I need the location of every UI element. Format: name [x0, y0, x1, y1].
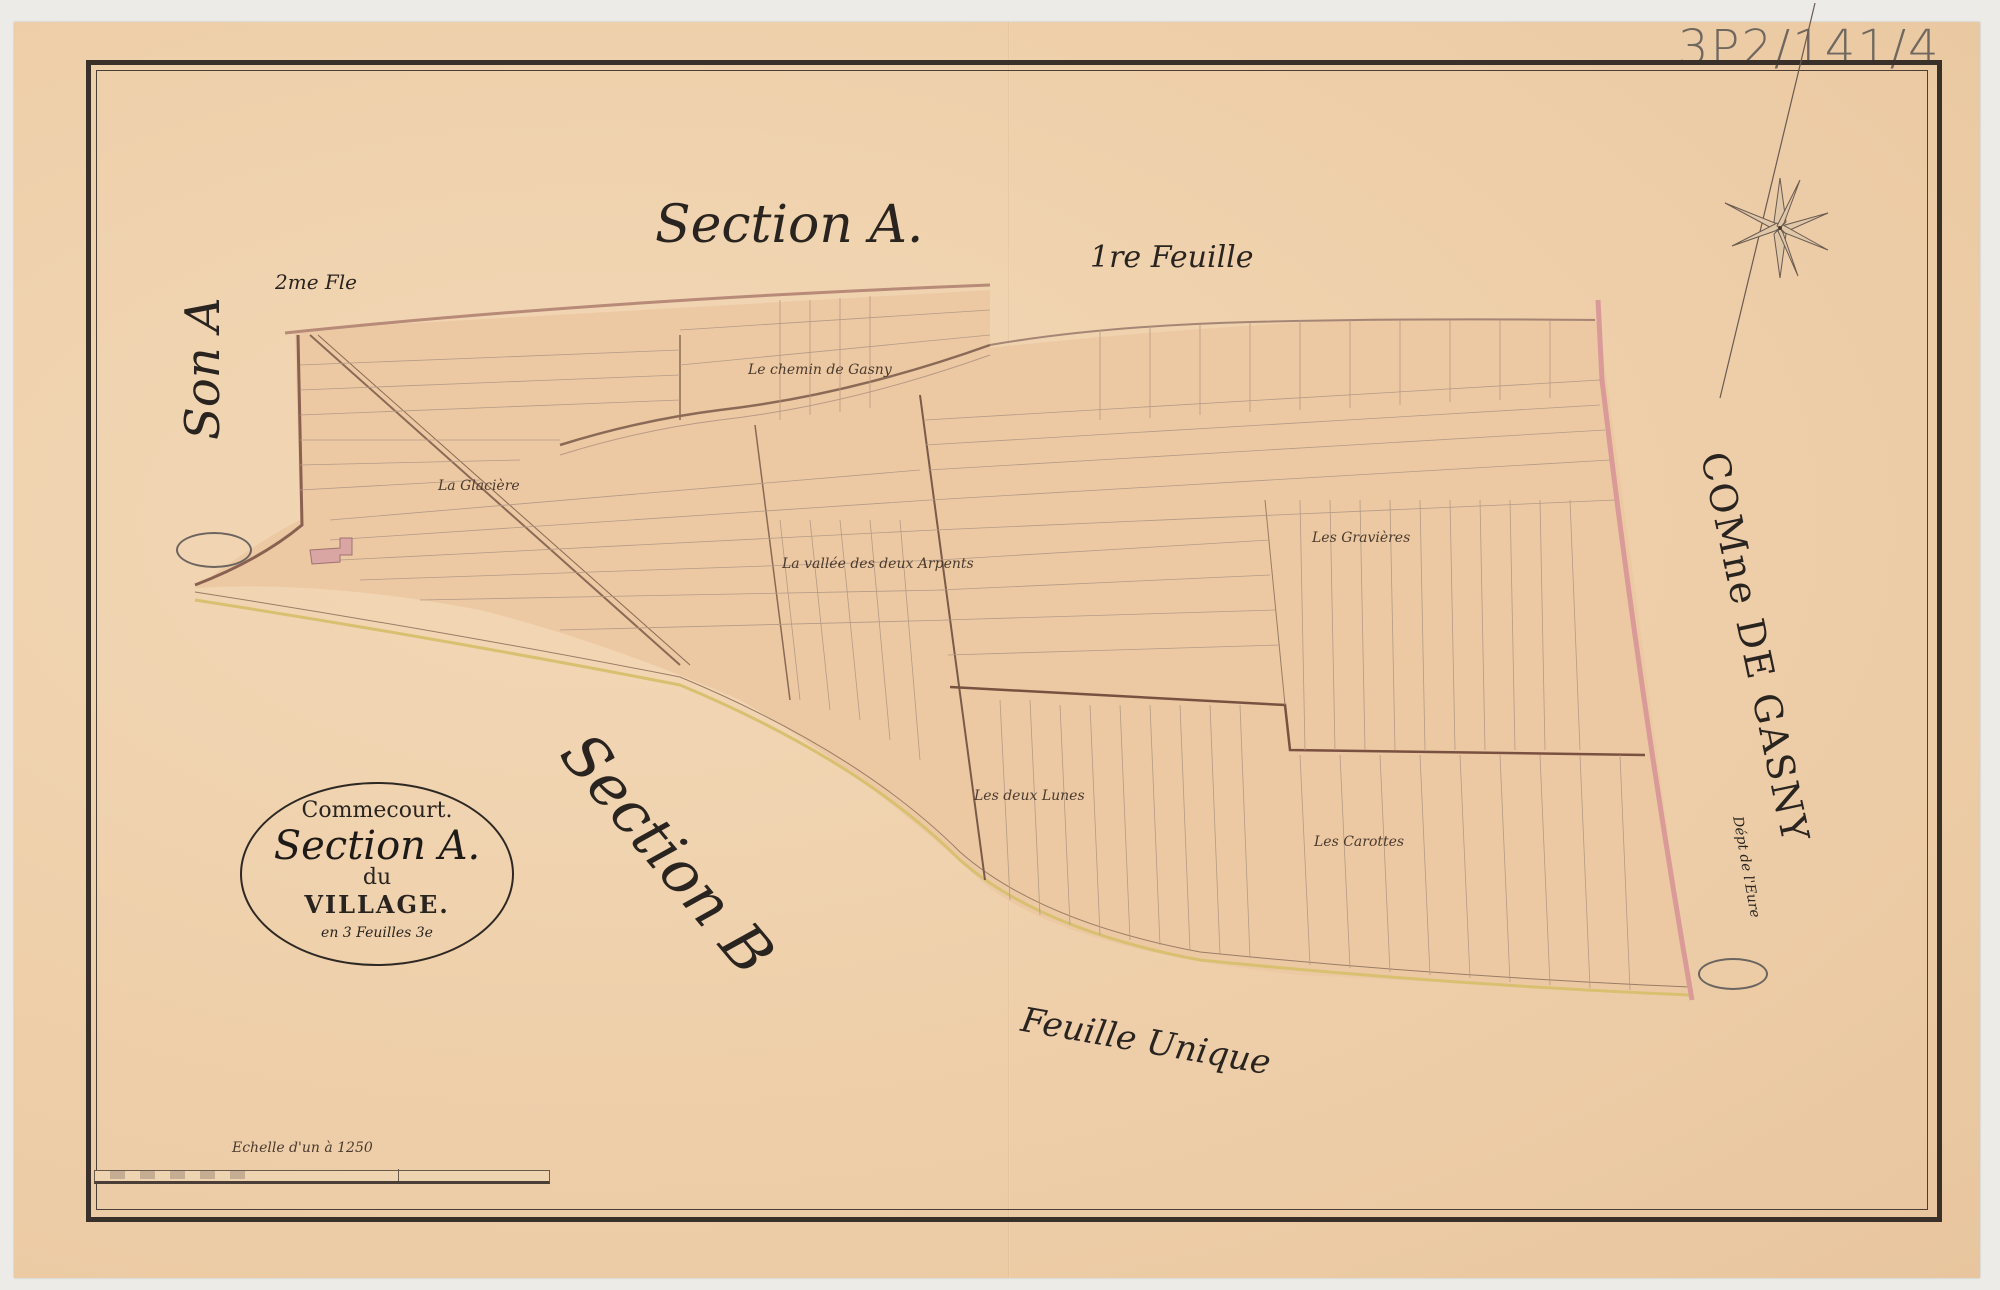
cartouche-section: Section A. — [242, 823, 512, 869]
archive-stamp-west — [176, 532, 252, 568]
heading-first-sheet: 1re Feuille — [1090, 240, 1254, 275]
archive-stamp-east — [1698, 958, 1768, 990]
scale-bar — [94, 1170, 550, 1184]
compass-rose-icon — [1720, 3, 1828, 398]
lieu-dit-la-glaciere: La Glacière — [438, 478, 520, 494]
cartouche-sheet-count: en 3 Feuilles 3e — [242, 925, 512, 941]
lieu-dit-vallee-deux-arpents: La vallée des deux Arpents — [782, 556, 974, 572]
lieu-dit-chemin-de-gasny: Le chemin de Gasny — [748, 362, 892, 378]
cadastral-map — [0, 0, 2000, 1290]
title-cartouche: Commecourt. Section A. du VILLAGE. en 3 … — [240, 782, 514, 966]
note-second-sheet: 2me Fle — [275, 270, 357, 294]
scale-label: Echelle d'un à 1250 — [232, 1140, 373, 1156]
lieu-dit-les-deux-lunes: Les deux Lunes — [974, 788, 1085, 804]
commune-name: Commecourt. — [242, 798, 512, 823]
lieu-dit-les-gravieres: Les Gravières — [1312, 530, 1410, 546]
lieu-dit-les-carottes: Les Carottes — [1314, 834, 1404, 850]
side-section-label: Son A — [175, 297, 231, 440]
cartouche-place: VILLAGE. — [242, 890, 512, 919]
heading-section-a: Section A. — [655, 195, 923, 255]
